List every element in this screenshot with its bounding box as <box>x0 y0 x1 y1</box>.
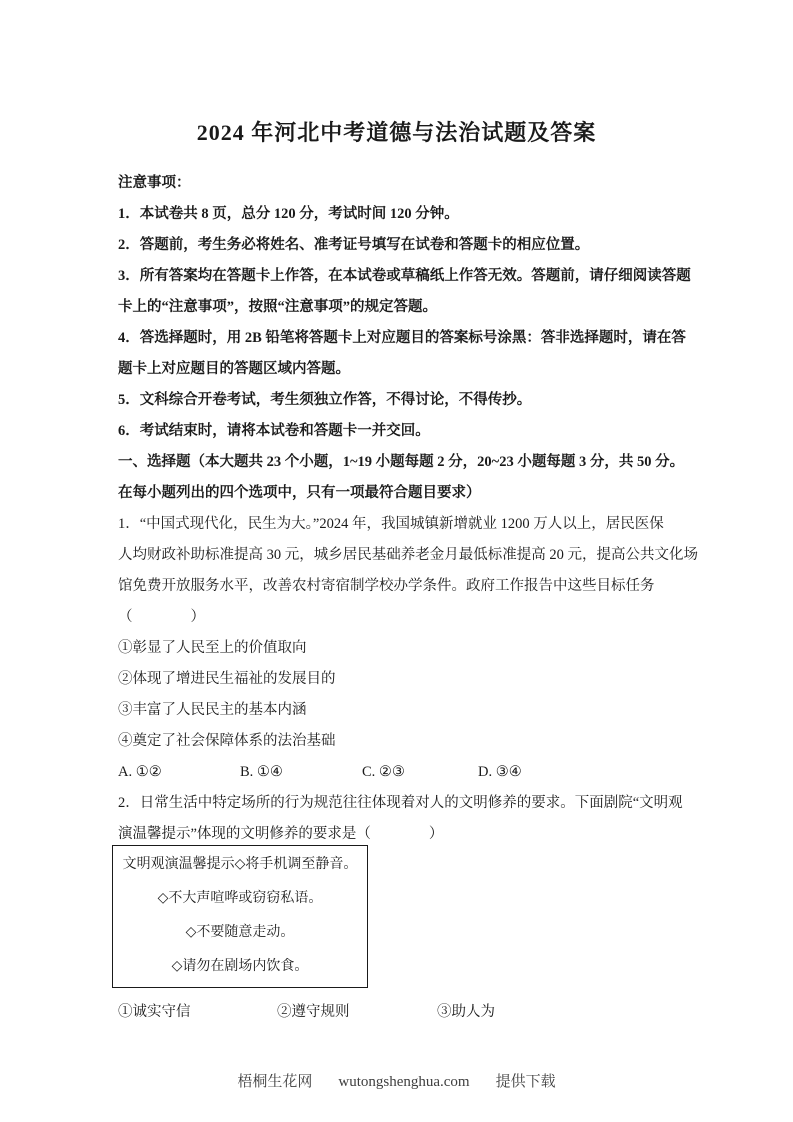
question-2-option-1: ①诚实守信 <box>118 997 277 1028</box>
notice-line-4-cont: 题卡上对应题目的答题区域内答题。 <box>118 354 680 385</box>
page-footer: 梧桐生花网 wutongshenghua.com 提供下载 <box>0 1072 793 1092</box>
footer-download-label: 提供下载 <box>496 1072 556 1092</box>
question-1-statement-2: ②体现了增进民生福祉的发展目的 <box>118 664 680 695</box>
tip-box-line-3: ◇不要随意走动。 <box>113 916 367 950</box>
question-1-statement-3: ③丰富了人民民主的基本内涵 <box>118 695 680 726</box>
exam-paper-page: 2024 年河北中考道德与法治试题及答案 注意事项： 1．本试卷共 8 页，总分… <box>0 0 793 1122</box>
footer-site-url: wutongshenghua.com <box>338 1072 469 1092</box>
question-2-options-row: ①诚实守信 ②遵守规则 ③助人为 <box>118 997 680 1028</box>
theater-tip-box: 文明观演温馨提示◇将手机调至静音。 ◇不大声喧哗或窃窃私语。 ◇不要随意走动。 … <box>112 845 368 988</box>
question-2-line-1: 2．日常生活中特定场所的行为规范往往体现着对人的文明修养的要求。下面剧院“文明观 <box>118 788 680 819</box>
question-2-line-2: 演温馨提示”体现的文明修养的要求是（ ） <box>118 819 680 850</box>
section-heading-line-1: 一、选择题（本大题共 23 个小题，1~19 小题每题 2 分，20~23 小题… <box>118 447 680 478</box>
question-1-statement-4: ④奠定了社会保障体系的法治基础 <box>118 726 680 757</box>
notice-line-6: 6．考试结束时，请将本试卷和答题卡一并交回。 <box>118 416 680 447</box>
section-heading-line-2: 在每小题列出的四个选项中，只有一项最符合题目要求） <box>118 478 680 509</box>
notice-heading: 注意事项： <box>118 168 680 199</box>
tip-box-line-2: ◇不大声喧哗或窃窃私语。 <box>113 882 367 916</box>
tip-box-line-4: ◇请勿在剧场内饮食。 <box>113 950 367 984</box>
notice-line-3-cont: 卡上的“注意事项”，按照“注意事项”的规定答题。 <box>118 292 680 323</box>
question-1-statement-1: ①彰显了人民至上的价值取向 <box>118 633 680 664</box>
question-2-option-2: ②遵守规则 <box>277 997 437 1028</box>
tip-box-line-1: 文明观演温馨提示◇将手机调至静音。 <box>113 848 367 882</box>
question-2-option-3: ③助人为 <box>437 997 495 1028</box>
notice-line-4: 4．答选择题时，用 2B 铅笔将答题卡上对应题目的答案标号涂黑：答非选择题时，请… <box>118 323 680 354</box>
page-title: 2024 年河北中考道德与法治试题及答案 <box>0 116 793 147</box>
notice-line-3: 3．所有答案均在答题卡上作答，在本试卷或草稿纸上作答无效。答题前，请仔细阅读答题 <box>118 261 680 292</box>
question-1-option-c: C. ②③ <box>362 757 478 788</box>
notice-line-1: 1．本试卷共 8 页，总分 120 分，考试时间 120 分钟。 <box>118 199 680 230</box>
question-1-answer-blank: （ ） <box>118 602 680 633</box>
question-1-option-d: D. ③④ <box>478 757 522 788</box>
document-body: 注意事项： 1．本试卷共 8 页，总分 120 分，考试时间 120 分钟。 2… <box>118 168 680 1028</box>
notice-line-2: 2．答题前，考生务必将姓名、准考证号填写在试卷和答题卡的相应位置。 <box>118 230 680 261</box>
footer-site-name: 梧桐生花网 <box>237 1072 312 1092</box>
question-1-option-a: A. ①② <box>118 757 240 788</box>
question-1-line-3: 馆免费开放服务水平，改善农村寄宿制学校办学条件。政府工作报告中这些目标任务 <box>118 571 680 602</box>
notice-line-5: 5．文科综合开卷考试，考生须独立作答，不得讨论，不得传抄。 <box>118 385 680 416</box>
question-1-options-row: A. ①② B. ①④ C. ②③ D. ③④ <box>118 757 680 788</box>
question-1-line-2: 人均财政补助标准提高 30 元，城乡居民基础养老金月最低标准提高 20 元，提高… <box>118 540 680 571</box>
question-1-line-1: 1．“中国式现代化，民生为大。”2024 年，我国城镇新增就业 1200 万人以… <box>118 509 680 540</box>
question-1-option-b: B. ①④ <box>240 757 362 788</box>
